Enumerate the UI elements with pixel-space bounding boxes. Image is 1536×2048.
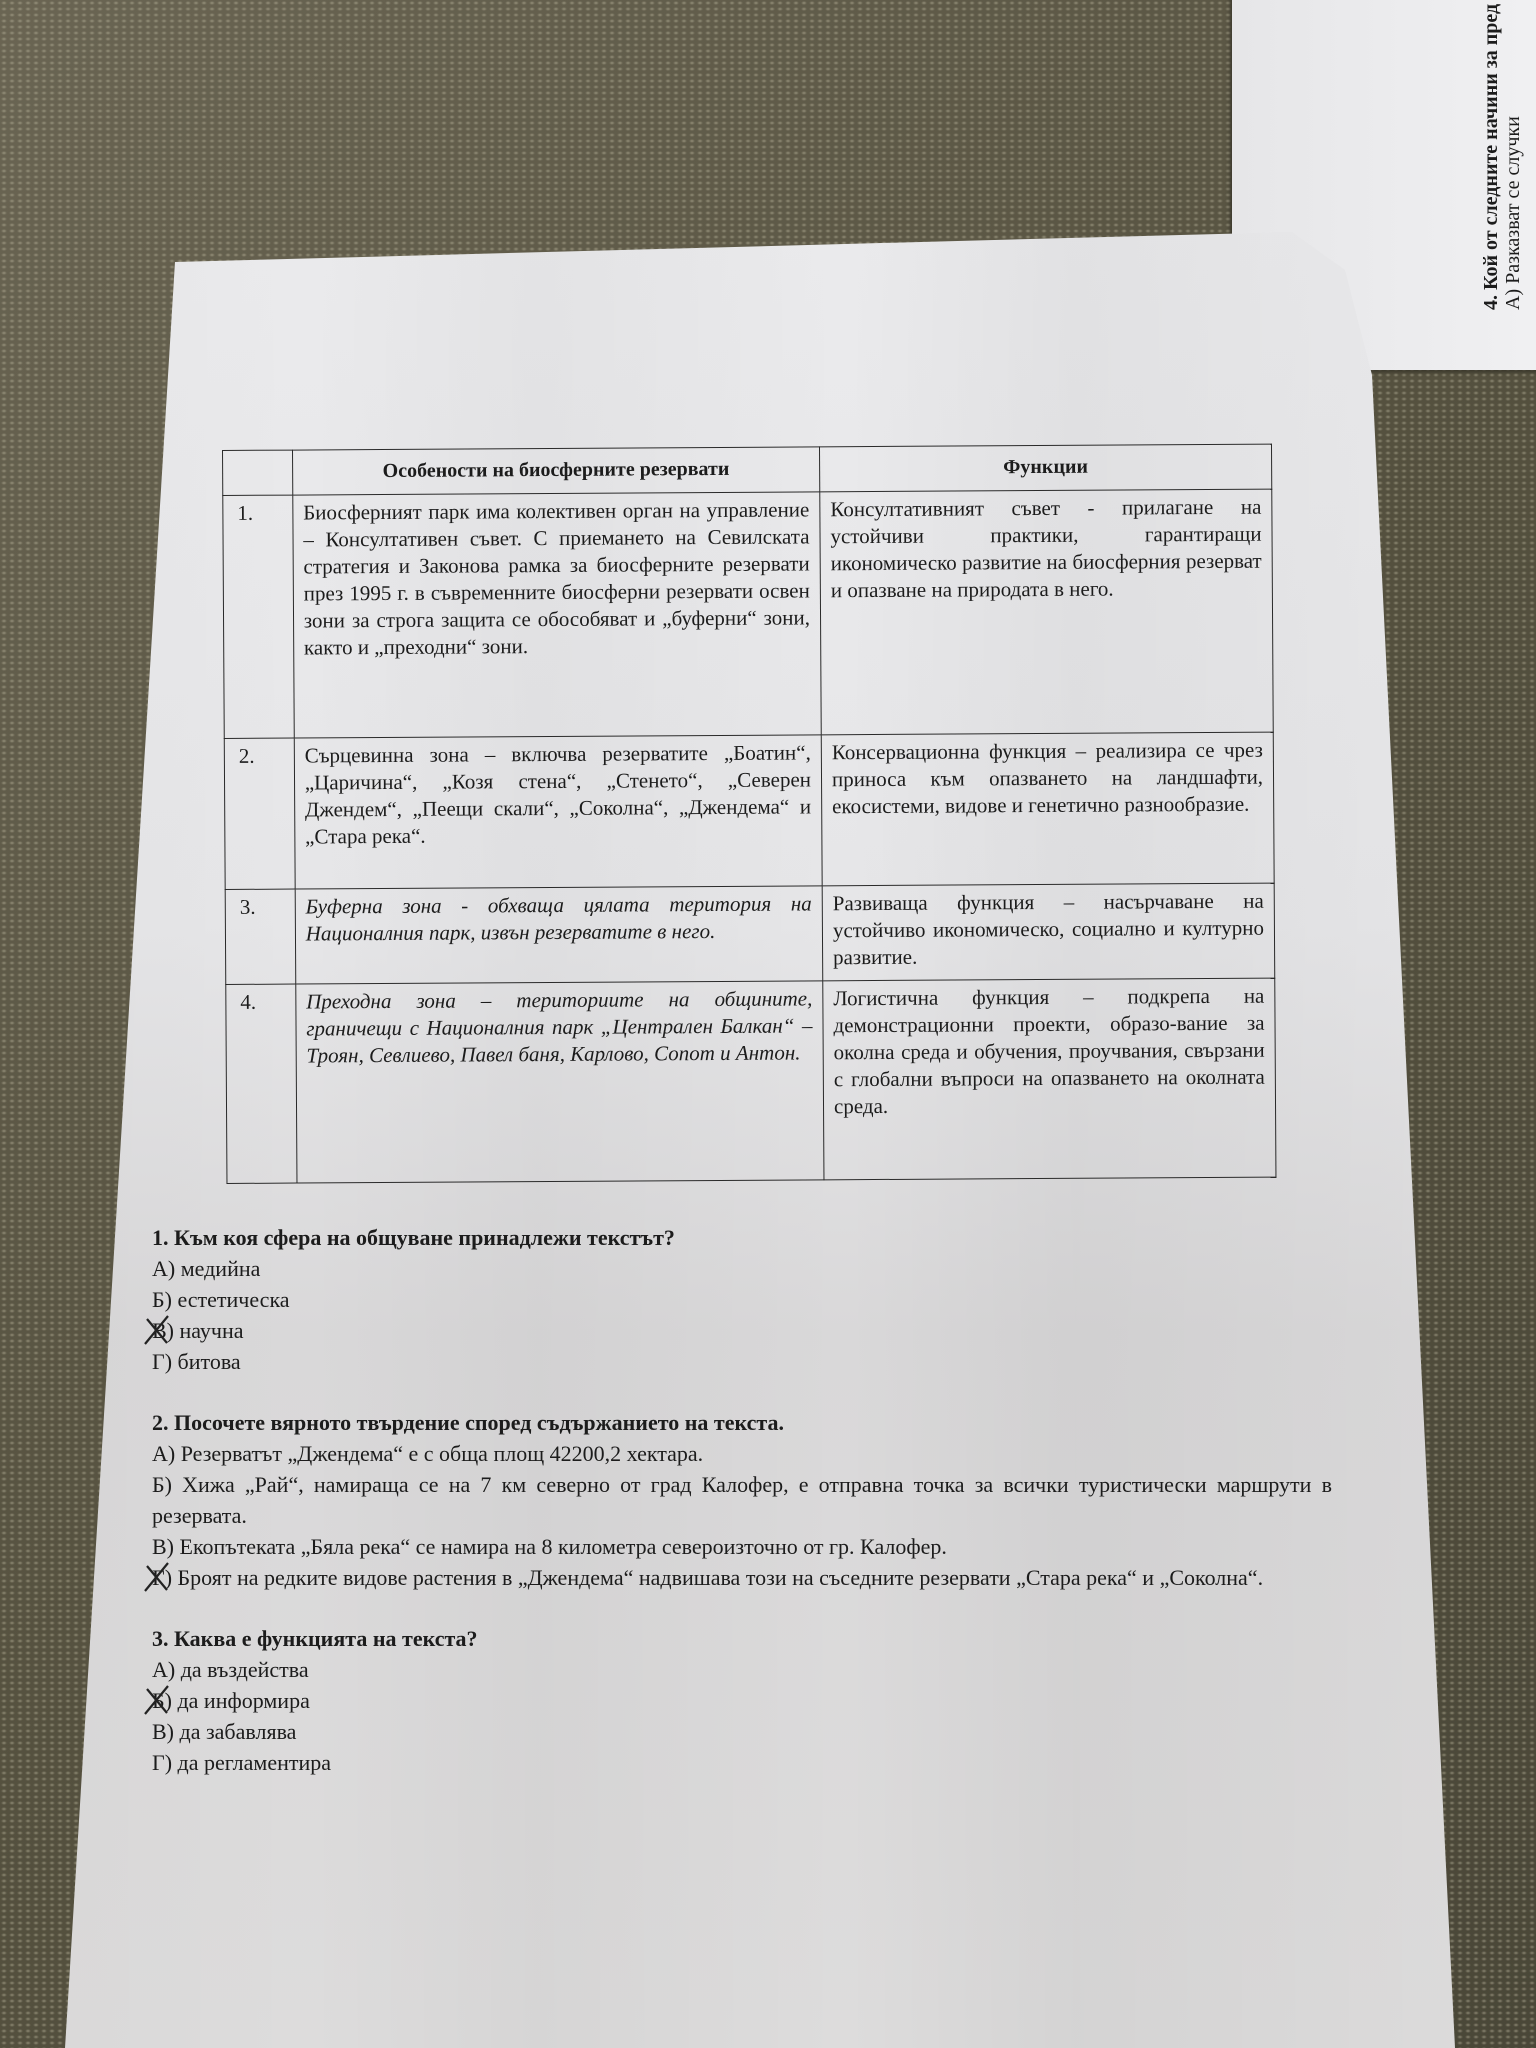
row-features: Биосферният парк има колективен орган на… [293, 492, 822, 738]
option-label: Б) естетическа [152, 1287, 290, 1312]
option-label: Б) Хижа „Рай“, намираща се на 7 км север… [152, 1472, 1332, 1528]
row-number: 3. [225, 889, 295, 984]
answer-option[interactable]: Г) битова [152, 1346, 1332, 1377]
option-label: А) медийна [152, 1256, 260, 1281]
questions-section: 1. Към коя сфера на общуване принадлежи … [152, 1222, 1332, 1808]
question-2: 2. Посочете вярното твърдение според съд… [152, 1407, 1332, 1593]
biosphere-table: Особености на биосферните резервати Функ… [222, 444, 1276, 1184]
answer-option[interactable]: А) да въздейства [152, 1654, 1332, 1685]
table-header-row: Особености на биосферните резервати Функ… [223, 444, 1272, 495]
question-title: 1. Към коя сфера на общуване принадлежи … [152, 1222, 1332, 1253]
row-functions: Логистична функция – подкрепа на демонст… [823, 978, 1276, 1180]
option-label: В) Екопътеката „Бяла река“ се намира на … [152, 1534, 947, 1559]
question-1: 1. Към коя сфера на общуване принадлежи … [152, 1222, 1332, 1377]
table-row: 1. Биосферният парк има колективен орган… [223, 489, 1273, 738]
option-label: А) да въздейства [152, 1657, 309, 1682]
option-label: В) да забавлява [152, 1719, 296, 1744]
table-row: 4. Преходна зона – териториите на общини… [226, 978, 1276, 1183]
option-label: Г) Броят на редките видове растения в „Д… [152, 1565, 1263, 1590]
question-title: 2. Посочете вярното твърдение според съд… [152, 1407, 1332, 1438]
row-features: Преходна зона – териториите на общините,… [296, 981, 824, 1183]
row-number: 1. [223, 495, 294, 738]
worksheet-content: Особености на биосферните резервати Функ… [0, 0, 1536, 2048]
row-functions: Развиваща функция – насърчаване на устой… [822, 883, 1275, 981]
table-row: 3. Буферна зона - обхваща цялата територ… [225, 883, 1275, 984]
option-label: А) Резерватът „Джендема“ е с обща площ 4… [152, 1441, 703, 1466]
answer-option[interactable]: А) Резерватът „Джендема“ е с обща площ 4… [152, 1438, 1332, 1469]
answer-option[interactable]: В) Екопътеката „Бяла река“ се намира на … [152, 1531, 1332, 1562]
header-number [223, 450, 293, 495]
answer-option[interactable]: Б) естетическа [152, 1284, 1332, 1315]
question-title: 3. Каква е функцията на текста? [152, 1623, 1332, 1654]
answer-option-selected[interactable]: В) научна [152, 1315, 1332, 1346]
answer-option-selected[interactable]: Б) да информира [152, 1685, 1332, 1716]
option-label: В) научна [152, 1318, 244, 1343]
option-label: Г) битова [152, 1349, 241, 1374]
row-number: 4. [226, 984, 297, 1183]
row-number: 2. [224, 738, 295, 889]
row-functions: Консултативният съвет - прилагане на уст… [820, 489, 1274, 735]
header-features: Особености на биосферните резервати [292, 447, 819, 495]
option-label: Г) да регламентира [152, 1750, 331, 1775]
answer-option[interactable]: Б) Хижа „Рай“, намираща се на 7 км север… [152, 1469, 1332, 1531]
option-label: Б) да информира [152, 1688, 310, 1713]
question-3: 3. Каква е функцията на текста? А) да въ… [152, 1623, 1332, 1778]
answer-option-selected[interactable]: Г) Броят на редките видове растения в „Д… [152, 1562, 1332, 1593]
answer-option[interactable]: В) да забавлява [152, 1716, 1332, 1747]
row-features: Буферна зона - обхваща цялата територия … [295, 886, 823, 984]
header-functions: Функции [819, 444, 1271, 492]
table-row: 2. Сърцевинна зона – включва резерватите… [224, 732, 1274, 889]
row-features: Сърцевинна зона – включва резерватите „Б… [294, 735, 822, 889]
answer-option[interactable]: Г) да регламентира [152, 1747, 1332, 1778]
answer-option[interactable]: А) медийна [152, 1253, 1332, 1284]
row-functions: Консервационна функция – реализира се чр… [821, 732, 1274, 886]
